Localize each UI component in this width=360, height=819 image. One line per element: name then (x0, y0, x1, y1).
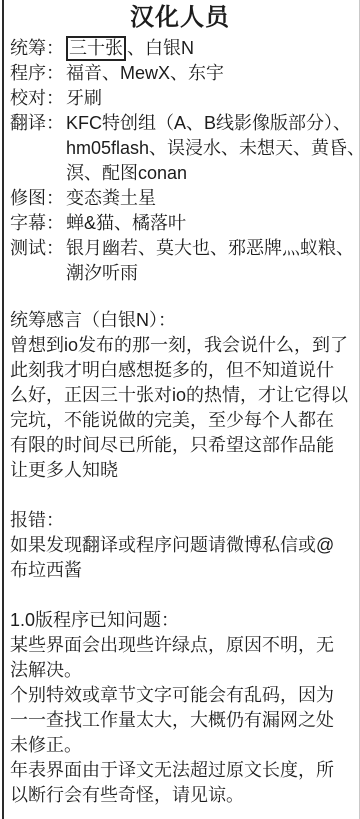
section-bug-report: 报错： 如果发现翻译或程序问题请微博私信或@ 布垃西酱 (10, 508, 356, 583)
credit-row-image-edit: 修图： 变态粪土星 (10, 186, 356, 211)
left-edge-line (2, 0, 4, 819)
section-heading: 统筹感言（白银N）： (10, 308, 356, 333)
section-heading: 报错： (10, 508, 356, 533)
section-coordinator-remarks: 统筹感言（白银N）： 曾想到io发布的那一刻，我会说什么，到了 此刻我才明白感想… (10, 308, 356, 483)
credit-row-coordinator: 统筹： 三十张、白银N (10, 36, 356, 61)
section-body: 某些界面会出现些许绿点，原因不明，无 法解决。 个别特效或章节文字可能会有乱码，… (10, 633, 356, 808)
section-body: 如果发现翻译或程序问题请微博私信或@ 布垃西酱 (10, 533, 356, 583)
credit-label: 字幕： (10, 211, 66, 236)
credits-list: 统筹： 三十张、白银N 程序： 福音、MewX、东宇 校对： 牙刷 翻译： KF… (0, 36, 360, 286)
page-title: 汉化人员 (0, 0, 360, 33)
credit-value: 牙刷 (66, 86, 356, 111)
credit-label: 程序： (10, 61, 66, 86)
credit-row-program: 程序： 福音、MewX、东宇 (10, 61, 356, 86)
section-heading: 1.0版程序已知问题： (10, 608, 356, 633)
credit-value: 变态粪土星 (66, 186, 356, 211)
section-known-issues: 1.0版程序已知问题： 某些界面会出现些许绿点，原因不明，无 法解决。 个别特效… (10, 608, 356, 808)
credits-page: 汉化人员 统筹： 三十张、白银N 程序： 福音、MewX、东宇 校对： 牙刷 翻… (0, 0, 360, 819)
credit-label: 修图： (10, 186, 66, 211)
text-sections: 统筹感言（白银N）： 曾想到io发布的那一刻，我会说什么，到了 此刻我才明白感想… (0, 308, 360, 808)
credit-label: 测试： (10, 236, 66, 261)
credit-value-rest: 、白银N (127, 38, 194, 58)
section-body: 曾想到io发布的那一刻，我会说什么，到了 此刻我才明白感想挺多的，但不知道说什 … (10, 333, 356, 483)
credit-value: 蝉&猫、橘落叶 (66, 211, 356, 236)
credit-value: KFC特创组（A、B线影像版部分）、 hm05flash、误浸水、未想天、黄昏、… (66, 111, 356, 186)
credit-label: 翻译： (10, 111, 66, 136)
credit-row-proofread: 校对： 牙刷 (10, 86, 356, 111)
credit-row-test: 测试： 银月幽若、莫大也、邪恶牌灬蚁粮、 潮汐听雨 (10, 236, 356, 286)
credit-label: 校对： (10, 86, 66, 111)
boxed-name[interactable]: 三十张 (66, 36, 126, 61)
credit-label: 统筹： (10, 36, 66, 61)
credit-row-subtitle: 字幕： 蝉&猫、橘落叶 (10, 211, 356, 236)
credit-value: 福音、MewX、东宇 (66, 61, 356, 86)
credit-row-translate: 翻译： KFC特创组（A、B线影像版部分）、 hm05flash、误浸水、未想天… (10, 111, 356, 186)
credit-value: 三十张、白银N (66, 36, 356, 61)
credit-value: 银月幽若、莫大也、邪恶牌灬蚁粮、 潮汐听雨 (66, 236, 356, 286)
